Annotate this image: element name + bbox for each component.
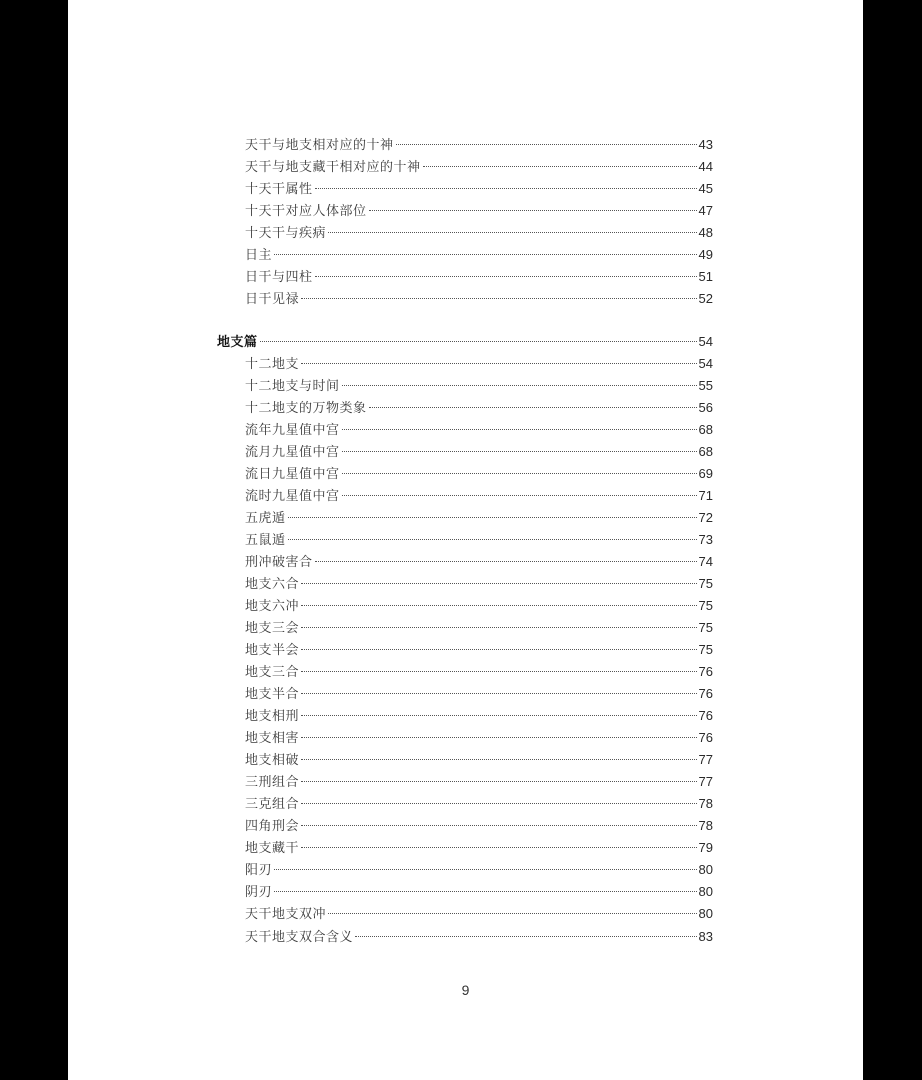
toc-entry-page: 76: [699, 705, 713, 727]
toc-entry[interactable]: 十天干属性 45: [245, 178, 713, 200]
dot-leader: [342, 385, 697, 386]
toc-entry-title: 十二地支的万物类象: [245, 398, 367, 420]
toc-entry-title: 天干地支双合含义: [245, 927, 353, 949]
toc-entry[interactable]: 阴刃 80: [245, 881, 713, 903]
dot-leader: [288, 539, 697, 540]
dot-leader: [301, 737, 697, 738]
toc-entry-title: 流日九星值中宫: [245, 464, 340, 486]
dot-leader: [328, 232, 697, 233]
section-heading-page: 54: [699, 331, 713, 353]
toc-entry-title: 日主: [245, 245, 272, 267]
toc-entry-page: 83: [699, 926, 713, 948]
dot-leader: [301, 583, 697, 584]
dot-leader: [301, 627, 697, 628]
dot-leader: [355, 936, 697, 937]
dot-leader: [301, 825, 697, 826]
document-viewer: 天干与地支相对应的十神 43 天干与地支藏干相对应的十神 44 十天干属性 45…: [0, 0, 922, 1080]
toc-entry[interactable]: 地支相破 77: [245, 749, 713, 771]
toc-entry-page: 80: [699, 859, 713, 881]
dot-leader: [315, 276, 697, 277]
dot-leader: [301, 363, 697, 364]
toc-entry[interactable]: 流年九星值中宫 68: [245, 419, 713, 441]
toc-entry-page: 73: [699, 529, 713, 551]
dot-leader: [301, 759, 697, 760]
toc-entry-page: 77: [699, 749, 713, 771]
toc-entry-title: 地支六冲: [245, 596, 299, 618]
toc-entry-page: 80: [699, 881, 713, 903]
dot-leader: [274, 891, 697, 892]
page-number: 9: [68, 982, 863, 998]
dot-leader: [342, 451, 697, 452]
dot-leader: [301, 298, 697, 299]
toc-entry[interactable]: 阳刃 80: [245, 859, 713, 881]
toc-entry-title: 地支相刑: [245, 706, 299, 728]
toc-entry[interactable]: 日主 49: [245, 244, 713, 266]
toc-entry[interactable]: 五鼠遁 73: [245, 529, 713, 551]
toc-entry-page: 68: [699, 419, 713, 441]
toc-entry[interactable]: 地支六合 75: [245, 573, 713, 595]
toc-entry[interactable]: 地支六冲 75: [245, 595, 713, 617]
toc-entry-page: 76: [699, 683, 713, 705]
toc-entry-title: 天干地支双冲: [245, 904, 326, 926]
toc-entry[interactable]: 十天干与疾病 48: [245, 222, 713, 244]
toc-entry[interactable]: 天干地支双合含义 83: [245, 926, 713, 948]
document-page: 天干与地支相对应的十神 43 天干与地支藏干相对应的十神 44 十天干属性 45…: [68, 0, 863, 1080]
toc-entry-page: 75: [699, 573, 713, 595]
toc-entry-title: 五虎遁: [245, 508, 286, 530]
toc-entry-title: 三刑组合: [245, 772, 299, 794]
toc-entry-title: 流年九星值中宫: [245, 420, 340, 442]
dot-leader: [274, 869, 697, 870]
toc-entry-title: 十天干对应人体部位: [245, 201, 367, 223]
toc-entry-page: 71: [699, 485, 713, 507]
toc-entry[interactable]: 十二地支与时间 55: [245, 375, 713, 397]
toc-entry-title: 日干见禄: [245, 289, 299, 311]
toc-entry-title: 十天干属性: [245, 179, 313, 201]
toc-entry[interactable]: 十二地支的万物类象 56: [245, 397, 713, 419]
dot-leader: [301, 649, 697, 650]
toc-entry[interactable]: 十二地支 54: [245, 353, 713, 375]
dot-leader: [301, 605, 697, 606]
toc-entry-page: 54: [699, 353, 713, 375]
toc-entry-title: 地支三合: [245, 662, 299, 684]
dot-leader: [342, 473, 697, 474]
toc-entry-page: 43: [699, 134, 713, 156]
toc-entry-page: 48: [699, 222, 713, 244]
dot-leader: [301, 781, 697, 782]
toc-entry-page: 68: [699, 441, 713, 463]
toc-entry-page: 80: [699, 903, 713, 925]
toc-entry-page: 76: [699, 727, 713, 749]
toc-entry-title: 地支相害: [245, 728, 299, 750]
toc-entry[interactable]: 地支半合 76: [245, 683, 713, 705]
toc-section-heading[interactable]: 地支篇 54: [217, 331, 713, 353]
toc-entry-title: 五鼠遁: [245, 530, 286, 552]
toc-entry[interactable]: 天干与地支藏干相对应的十神 44: [245, 156, 713, 178]
toc-entry[interactable]: 地支相刑 76: [245, 705, 713, 727]
dot-leader: [328, 913, 697, 914]
toc-entry-title: 四角刑会: [245, 816, 299, 838]
toc-entry[interactable]: 五虎遁 72: [245, 507, 713, 529]
dot-leader: [315, 561, 697, 562]
toc-entry-page: 55: [699, 375, 713, 397]
toc-entry-page: 47: [699, 200, 713, 222]
toc-entry-page: 51: [699, 266, 713, 288]
toc-entry[interactable]: 地支半会 75: [245, 639, 713, 661]
toc-entry-title: 十天干与疾病: [245, 223, 326, 245]
dot-leader: [342, 495, 697, 496]
toc-entry-page: 76: [699, 661, 713, 683]
toc-entry-page: 56: [699, 397, 713, 419]
toc-entry[interactable]: 四角刑会 78: [245, 815, 713, 837]
toc-entry-title: 天干与地支相对应的十神: [245, 135, 394, 157]
toc-entry[interactable]: 三刑组合 77: [245, 771, 713, 793]
toc-entry-page: 78: [699, 815, 713, 837]
toc-entry-title: 地支相破: [245, 750, 299, 772]
toc-entry-title: 阳刃: [245, 860, 272, 882]
toc-entry-page: 78: [699, 793, 713, 815]
toc-entry-page: 44: [699, 156, 713, 178]
toc-entry[interactable]: 地支三合 76: [245, 661, 713, 683]
toc-entry-title: 流月九星值中宫: [245, 442, 340, 464]
toc-entry-title: 地支三会: [245, 618, 299, 640]
dot-leader: [260, 341, 697, 342]
toc-entry[interactable]: 流月九星值中宫 68: [245, 441, 713, 463]
toc-entry-page: 79: [699, 837, 713, 859]
toc-entry[interactable]: 十天干对应人体部位 47: [245, 200, 713, 222]
toc-entry[interactable]: 地支藏干 79: [245, 837, 713, 859]
toc-entry-title: 十二地支与时间: [245, 376, 340, 398]
toc-entry[interactable]: 流日九星值中宫 69: [245, 463, 713, 485]
dot-leader: [315, 188, 697, 189]
toc-entry-page: 77: [699, 771, 713, 793]
toc-entry-title: 日干与四柱: [245, 267, 313, 289]
toc-entry-title: 十二地支: [245, 354, 299, 376]
dot-leader: [301, 715, 697, 716]
toc-entry-page: 75: [699, 639, 713, 661]
toc-entry[interactable]: 刑冲破害合 74: [245, 551, 713, 573]
dot-leader: [423, 166, 697, 167]
toc-entry-page: 74: [699, 551, 713, 573]
toc-entry[interactable]: 地支相害 76: [245, 727, 713, 749]
dot-leader: [274, 254, 697, 255]
toc-entry-page: 52: [699, 288, 713, 310]
toc-entry-title: 地支藏干: [245, 838, 299, 860]
toc-entry-page: 49: [699, 244, 713, 266]
dot-leader: [301, 693, 697, 694]
toc-entry-title: 地支半会: [245, 640, 299, 662]
toc-entry-title: 流时九星值中宫: [245, 486, 340, 508]
dot-leader: [369, 210, 697, 211]
toc-entry[interactable]: 日干与四柱 51: [245, 266, 713, 288]
toc-entry[interactable]: 流时九星值中宫 71: [245, 485, 713, 507]
toc-entry[interactable]: 天干与地支相对应的十神 43: [245, 134, 713, 156]
toc-entry-page: 45: [699, 178, 713, 200]
dot-leader: [396, 144, 697, 145]
toc-entry-title: 刑冲破害合: [245, 552, 313, 574]
toc-entry[interactable]: 日干见禄 52: [245, 288, 713, 310]
dot-leader: [301, 671, 697, 672]
toc-entry-page: 75: [699, 595, 713, 617]
dot-leader: [301, 847, 697, 848]
dot-leader: [369, 407, 697, 408]
toc-entry-page: 72: [699, 507, 713, 529]
toc-entry[interactable]: 地支三会 75: [245, 617, 713, 639]
toc-entry-title: 阴刃: [245, 882, 272, 904]
dot-leader: [342, 429, 697, 430]
toc-entry[interactable]: 三克组合 78: [245, 793, 713, 815]
dot-leader: [301, 803, 697, 804]
toc-entry-title: 地支半合: [245, 684, 299, 706]
toc-entry-page: 69: [699, 463, 713, 485]
toc-entry-title: 地支六合: [245, 574, 299, 596]
section-heading-title: 地支篇: [217, 332, 258, 354]
toc-entry[interactable]: 天干地支双冲 80: [245, 903, 713, 925]
dot-leader: [288, 517, 697, 518]
toc-entry-title: 天干与地支藏干相对应的十神: [245, 157, 421, 179]
toc-entry-title: 三克组合: [245, 794, 299, 816]
toc-entry-page: 75: [699, 617, 713, 639]
